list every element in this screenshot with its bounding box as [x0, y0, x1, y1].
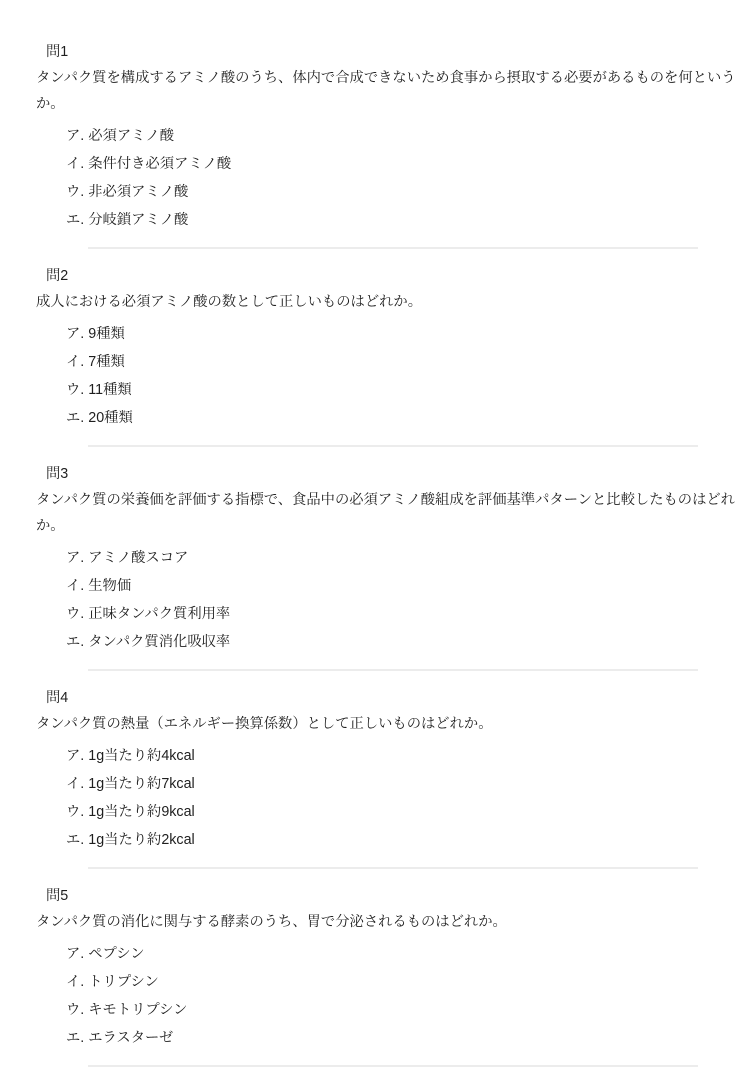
question-block: 問3 タンパク質の栄養価を評価する指標で、食品中の必須アミノ酸組成を評価基準パタ…	[36, 461, 754, 671]
options-list: ア. アミノ酸スコア イ. 生物価 ウ. 正味タンパク質利用率 エ. タンパク質…	[36, 544, 754, 656]
question-divider	[88, 1065, 698, 1067]
options-list: ア. 1g当たり約4kcal イ. 1g当たり約7kcal ウ. 1g当たり約9…	[36, 742, 754, 854]
option-item: イ. トリプシン	[66, 968, 754, 996]
question-divider	[88, 669, 698, 671]
option-item: イ. 生物価	[66, 572, 754, 600]
option-item: ウ. キモトリプシン	[66, 996, 754, 1024]
question-number: 問5	[46, 883, 754, 909]
question-block: 問2 成人における必須アミノ酸の数として正しいものはどれか。 ア. 9種類 イ.…	[36, 263, 754, 447]
option-item: エ. 分岐鎖アミノ酸	[66, 206, 754, 234]
question-number: 問3	[46, 461, 754, 487]
options-list: ア. 必須アミノ酸 イ. 条件付き必須アミノ酸 ウ. 非必須アミノ酸 エ. 分岐…	[36, 122, 754, 234]
option-item: エ. 20種類	[66, 404, 754, 432]
question-block: 問1 タンパク質を構成するアミノ酸のうち、体内で合成できないため食事から摂取する…	[36, 39, 754, 249]
option-item: エ. 1g当たり約2kcal	[66, 826, 754, 854]
option-item: ア. ペプシン	[66, 940, 754, 968]
option-item: エ. エラスターゼ	[66, 1024, 754, 1052]
option-item: エ. タンパク質消化吸収率	[66, 628, 754, 656]
question-divider	[88, 867, 698, 869]
option-item: ア. 必須アミノ酸	[66, 122, 754, 150]
option-item: ア. 9種類	[66, 320, 754, 348]
option-item: ア. 1g当たり約4kcal	[66, 742, 754, 770]
question-divider	[88, 445, 698, 447]
options-list: ア. 9種類 イ. 7種類 ウ. 11種類 エ. 20種類	[36, 320, 754, 432]
question-text: タンパク質の栄養価を評価する指標で、食品中の必須アミノ酸組成を評価基準パターンと…	[36, 487, 741, 539]
question-number: 問4	[46, 685, 754, 711]
option-item: イ. 1g当たり約7kcal	[66, 770, 754, 798]
question-number: 問1	[46, 39, 754, 65]
question-block: 問5 タンパク質の消化に関与する酵素のうち、胃で分泌されるものはどれか。 ア. …	[36, 883, 754, 1067]
question-text: タンパク質の消化に関与する酵素のうち、胃で分泌されるものはどれか。	[36, 909, 741, 935]
option-item: ア. アミノ酸スコア	[66, 544, 754, 572]
option-item: ウ. 非必須アミノ酸	[66, 178, 754, 206]
options-list: ア. ペプシン イ. トリプシン ウ. キモトリプシン エ. エラスターゼ	[36, 940, 754, 1052]
option-item: ウ. 1g当たり約9kcal	[66, 798, 754, 826]
option-item: イ. 7種類	[66, 348, 754, 376]
question-divider	[88, 247, 698, 249]
question-text: タンパク質の熱量（エネルギー換算係数）として正しいものはどれか。	[36, 711, 741, 737]
option-item: イ. 条件付き必須アミノ酸	[66, 150, 754, 178]
quiz-document: 問1 タンパク質を構成するアミノ酸のうち、体内で合成できないため食事から摂取する…	[0, 0, 754, 1067]
question-text: タンパク質を構成するアミノ酸のうち、体内で合成できないため食事から摂取する必要が…	[36, 65, 741, 117]
question-number: 問2	[46, 263, 754, 289]
option-item: ウ. 正味タンパク質利用率	[66, 600, 754, 628]
option-item: ウ. 11種類	[66, 376, 754, 404]
question-block: 問4 タンパク質の熱量（エネルギー換算係数）として正しいものはどれか。 ア. 1…	[36, 685, 754, 869]
question-text: 成人における必須アミノ酸の数として正しいものはどれか。	[36, 289, 741, 315]
